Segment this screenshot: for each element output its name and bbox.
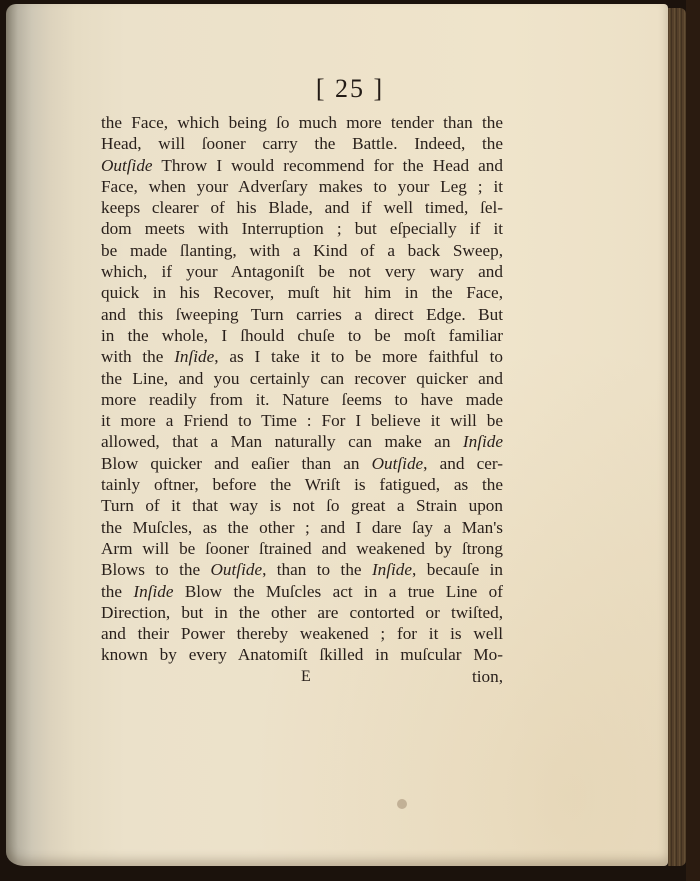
text-line: Blows to the Outſide, than to the Inſide…: [101, 559, 503, 580]
text-line: Arm will be ſooner ſtrained and weakened…: [101, 538, 503, 559]
text-run: keeps clearer of his Blade, and if well …: [101, 198, 503, 217]
text-line: Blow quicker and eaſier than an Outſide,…: [101, 453, 503, 474]
text-run: and their Power thereby weakened ; for i…: [101, 624, 503, 643]
italic-word: Inſide: [133, 582, 173, 601]
text-run: the Face, which being ſo much more tende…: [101, 113, 503, 132]
signature-mark: E: [301, 666, 311, 687]
text-run: , as I take it to be more faithful to: [214, 347, 503, 366]
text-run: known by every Anatomiſt ſkilled in muſc…: [101, 645, 503, 664]
text-run: , becauſe in: [412, 560, 503, 579]
text-line: which, if your Antagoniſt be not very wa…: [101, 261, 503, 282]
text-line: allowed, that a Man naturally can make a…: [101, 431, 503, 452]
text-run: Blow quicker and eaſier than an: [101, 454, 372, 473]
text-line: Head, will ſooner carry the Battle. Inde…: [101, 133, 503, 154]
text-run: the Muſcles, as the other ; and I dare ſ…: [101, 518, 503, 537]
text-line: and this ſweeping Turn carries a direct …: [101, 304, 503, 325]
text-run: in the whole, I ſhould chuſe to be moſt …: [101, 326, 503, 345]
text-run: , than to the: [262, 560, 372, 579]
text-run: tainly oftner, before the Wriſt is fatig…: [101, 475, 503, 494]
text-run: allowed, that a Man naturally can make a…: [101, 432, 463, 451]
text-line: in the whole, I ſhould chuſe to be moſt …: [101, 325, 503, 346]
text-line: Face, when your Adverſary makes to your …: [101, 176, 503, 197]
text-run: , and cer-: [423, 454, 503, 473]
text-run: Direction, but in the other are contorte…: [101, 603, 503, 622]
text-line: keeps clearer of his Blade, and if well …: [101, 197, 503, 218]
italic-word: Inſide: [174, 347, 214, 366]
book-cover: [686, 0, 700, 881]
text-line: Outſide Throw I would recommend for the …: [101, 155, 503, 176]
text-run: it more a Friend to Time : For I believe…: [101, 411, 503, 430]
text-line: more readily from it. Nature ſeems to ha…: [101, 389, 503, 410]
text-line: known by every Anatomiſt ſkilled in muſc…: [101, 644, 503, 665]
text-run: dom meets with Interruption ; but eſpeci…: [101, 219, 503, 238]
italic-word: Outſide: [372, 454, 424, 473]
body-text: the Face, which being ſo much more tende…: [101, 112, 503, 687]
text-run: Head, will ſooner carry the Battle. Inde…: [101, 134, 503, 153]
text-run: the: [101, 582, 133, 601]
text-run: the Line, and you certainly can recover …: [101, 369, 503, 388]
italic-word: Inſide: [372, 560, 412, 579]
text-run: which, if your Antagoniſt be not very wa…: [101, 262, 503, 281]
text-line: Direction, but in the other are contorte…: [101, 602, 503, 623]
italic-word: Outſide: [211, 560, 263, 579]
text-run: Arm will be ſooner ſtrained and weakened…: [101, 539, 503, 558]
text-line: the Face, which being ſo much more tende…: [101, 112, 503, 133]
text-run: with the: [101, 347, 174, 366]
text-line: with the Inſide, as I take it to be more…: [101, 346, 503, 367]
text-line: tainly oftner, before the Wriſt is fatig…: [101, 474, 503, 495]
text-line: quick in his Recover, muſt hit him in th…: [101, 282, 503, 303]
page-number: [ 25 ]: [0, 74, 700, 104]
text-run: and this ſweeping Turn carries a direct …: [101, 305, 503, 324]
text-line: the Inſide Blow the Muſcles act in a tru…: [101, 581, 503, 602]
text-run: Blow the Muſcles act in a true Line of: [173, 582, 503, 601]
text-run: Blows to the: [101, 560, 211, 579]
text-line: Turn of it that way is not ſo great a St…: [101, 495, 503, 516]
italic-word: Outſide: [101, 156, 153, 175]
italic-word: Inſide: [463, 432, 503, 451]
paper-stain: [397, 799, 407, 809]
text-run: quick in his Recover, muſt hit him in th…: [101, 283, 503, 302]
page-footer: E tion,: [101, 666, 503, 687]
page-edges: [668, 8, 686, 866]
text-run: Throw I would recommend for the Head and: [153, 156, 503, 175]
text-line: it more a Friend to Time : For I believe…: [101, 410, 503, 431]
text-line: dom meets with Interruption ; but eſpeci…: [101, 218, 503, 239]
text-run: Turn of it that way is not ſo great a St…: [101, 496, 503, 515]
text-line: be made ſlanting, with a Kind of a back …: [101, 240, 503, 261]
text-run: be made ſlanting, with a Kind of a back …: [101, 241, 503, 260]
catchword: tion,: [472, 666, 503, 687]
text-line: and their Power thereby weakened ; for i…: [101, 623, 503, 644]
text-line: the Muſcles, as the other ; and I dare ſ…: [101, 517, 503, 538]
text-run: more readily from it. Nature ſeems to ha…: [101, 390, 503, 409]
text-run: Face, when your Adverſary makes to your …: [101, 177, 503, 196]
text-line: the Line, and you certainly can recover …: [101, 368, 503, 389]
